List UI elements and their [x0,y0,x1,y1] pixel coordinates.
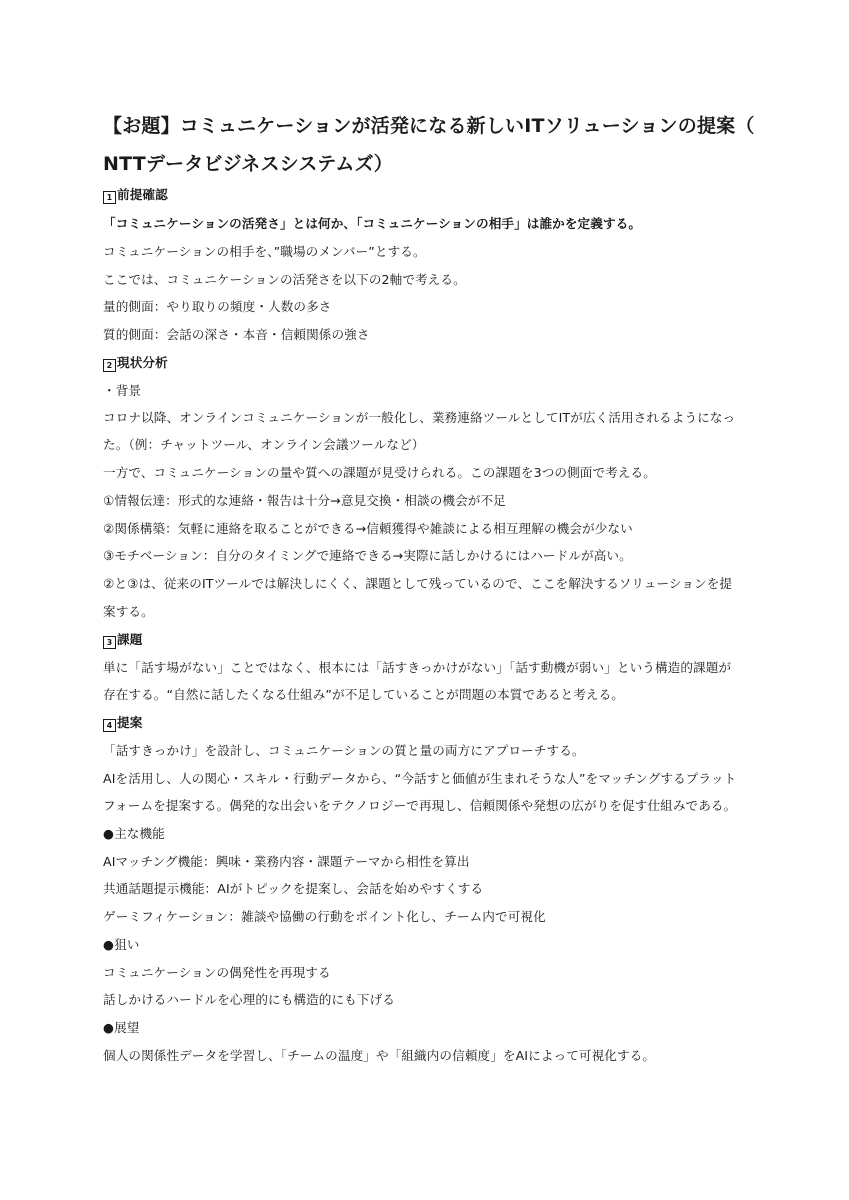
definition-statement: 「コミュニケーションの活発さ」とは何か、「コミュニケーションの相手」は誰かを定義… [103,216,641,232]
paragraph-line: 「話すきっかけ」を設計し、コミュニケーションの質と量の両方にアプローチする。 [103,743,585,759]
paragraph-line: 量的側面：やり取りの頻度・人数の多さ [103,299,332,315]
document-title-line-2: NTTデータビジネスシステムズ） [103,152,393,176]
section-heading-label: 前提確認 [117,187,168,202]
paragraph-line: 質的側面：会話の深さ・本音・信頼関係の強さ [103,327,370,343]
document-title-line-1: 【お題】コミュニケーションが活発になる新しいITソリューションの提案（ [103,114,755,138]
feature-item: 共通話題提示機能：AIがトピックを提案し、会話を始めやすくする [103,881,483,897]
paragraph-line: ここでは、コミュニケーションの活発さを以下の2軸で考える。 [103,272,466,288]
section-heading-label: 現状分析 [117,355,168,370]
subheading-aims: ●狙い [103,937,139,953]
paragraph-line: 存在する。“自然に話したくなる仕組み”が不足していることが問題の本質であると考え… [103,687,624,703]
paragraph-line: AIを活用し、人の関心・スキル・行動データから、“今話すと価値が生まれそうな人”… [103,771,736,787]
paragraph-line: フォームを提案する。偶発的な出会いをテクノロジーで再現し、信頼関係や発想の広がり… [103,798,736,814]
section-heading-label: 提案 [117,715,142,730]
paragraph-line: ①情報伝達：形式的な連絡・報告は十分→意見交換・相談の機会が不足 [103,493,506,509]
paragraph-line: ②と③は、従来のITツールでは解決しにくく、課題として残っているので、ここを解決… [103,576,732,592]
feature-item: ゲーミフィケーション：雑談や協働の行動をポイント化し、チーム内で可視化 [103,909,546,925]
paragraph-line: 一方で、コミュニケーションの量や質への課題が見受けられる。この課題を3つの側面で… [103,465,656,481]
number-box-icon: 3 [103,636,116,649]
section-heading-2: 2現状分析 [103,355,168,372]
aim-item: コミュニケーションの偶発性を再現する [103,965,331,981]
number-box-icon: 1 [103,191,116,204]
paragraph-line: ②関係構築：気軽に連絡を取ることができる→信頼獲得や雑談による相互理解の機会が少… [103,521,633,537]
paragraph-line: 案する。 [103,604,154,620]
section-heading-4: 4提案 [103,715,142,732]
section-heading-1: 1前提確認 [103,187,168,204]
number-box-icon: 4 [103,719,116,732]
section-heading-label: 課題 [117,632,142,647]
paragraph-line: た。（例：チャットツール、オンライン会議ツールなど） [103,437,424,453]
subheading-outlook: ●展望 [103,1020,139,1036]
paragraph-line: コミュニケーションの相手を、”職場のメンバー”とする。 [103,244,426,260]
outlook-item: 個人の関係性データを学習し、「チームの温度」や「組織内の信頼度」をAIによって可… [103,1048,655,1064]
subheading-main-features: ●主な機能 [103,826,165,842]
section-heading-3: 3課題 [103,632,142,649]
number-box-icon: 2 [103,359,116,372]
paragraph-line: 単に「話す場がない」ことではなく、根本には「話すきっかけがない」「話す動機が弱い… [103,660,731,676]
paragraph-line: ③モチベーション：自分のタイミングで連絡できる→実際に話しかけるにはハードルが高… [103,548,632,564]
aim-item: 話しかけるハードルを心理的にも構造的にも下げる [103,992,395,1008]
paragraph-line: コロナ以降、オンラインコミュニケーションが一般化し、業務連絡ツールとしてITが広… [103,410,735,426]
feature-item: AIマッチング機能：興味・業務内容・課題テーマから相性を算出 [103,854,470,870]
paragraph-line: ・背景 [103,383,141,399]
document-page: 【お題】コミュニケーションが活発になる新しいITソリューションの提案（ NTTデ… [0,0,849,1200]
